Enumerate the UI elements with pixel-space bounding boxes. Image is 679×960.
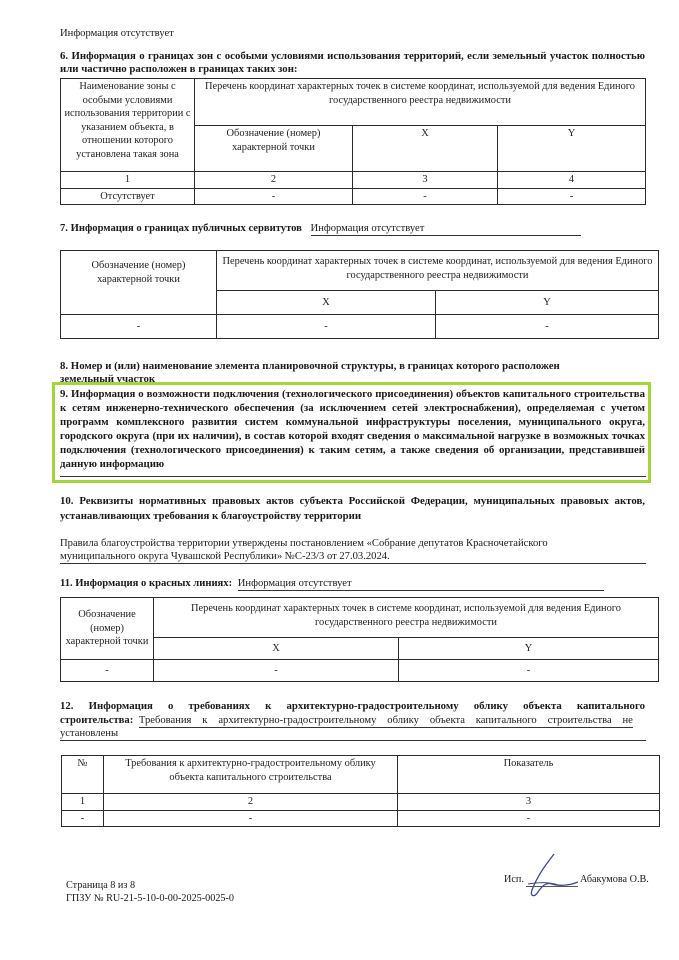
footer-page-number: Страница 8 из 8 [66,880,135,893]
signature-icon [524,852,580,900]
table-row: - - - [61,660,659,682]
s12-num-1: 1 [62,794,104,811]
s11-cell: - [154,660,399,682]
s6-num-4: 4 [498,172,646,189]
s7-subheader-x: X [217,291,436,315]
section-11-title: 11. Информация о красных линиях: [60,578,232,589]
section-10-value-line1: Правила благоустройства территории утвер… [60,537,646,550]
s11-col1-header: Обозначение (номер) характерной точки [61,598,154,660]
signer-prefix: Исп. [504,874,524,887]
s11-subheader-y: Y [399,638,659,660]
s6-subheader-y: Y [498,126,646,172]
section-7-line: 7. Информация о границах публичных серви… [60,222,620,236]
s7-col1-header: Обозначение (номер) характерной точки [61,251,217,315]
s12-num-3: 3 [398,794,660,811]
s12-header-num: № [62,756,104,794]
signer-name: Абакумова О.В. [580,874,649,887]
s7-cell: - [61,315,217,339]
section-7-table: Обозначение (номер) характерной точки Пе… [60,250,659,339]
table-row: - - - [62,810,660,827]
section-6-title: 6. Информация о границах зон с особыми у… [60,50,645,77]
s6-num-3: 3 [353,172,498,189]
section-7-title: 7. Информация о границах публичных серви… [60,223,302,234]
s6-cell: - [498,188,646,205]
section-6-table: Наименование зоны с особыми условиями ис… [60,78,646,205]
footer-doc-number: ГПЗУ № RU-21-5-10-0-00-2025-0025-0 [66,893,234,906]
s11-subheader-x: X [154,638,399,660]
section-11-table: Обозначение (номер) характерной точки Пе… [60,597,659,682]
s11-cell: - [399,660,659,682]
section-11-line: 11. Информация о красных линиях: Информа… [60,577,620,591]
s7-subheader-y: Y [436,291,659,315]
s12-cell: - [398,810,660,827]
section-12-title-bold: строительства: [60,715,133,726]
section-11-value: Информация отсутствует [238,577,604,591]
section-10-title: 10. Реквизиты нормативных правовых актов… [60,494,645,524]
section-7-value: Информация отсутствует [311,222,581,236]
s6-cell: Отсутствует [61,188,195,205]
s12-num-2: 2 [104,794,398,811]
section-12-title-line1: 12. Информация о требованиях к архитекту… [60,700,645,713]
section-9-title: 9. Информация о возможности подключения … [60,387,645,471]
s7-cell: - [217,315,436,339]
s11-group-header: Перечень координат характерных точек в с… [154,598,659,638]
table-row: Отсутствует - - - [61,188,646,205]
s6-num-1: 1 [61,172,195,189]
section-12-value-line2: установлены [60,727,646,741]
s12-cell: - [104,810,398,827]
s11-cell: - [61,660,154,682]
section-10-value-line2: муниципального округа Чувашской Республи… [60,550,646,564]
s6-col1-header: Наименование зоны с особыми условиями ис… [61,79,195,172]
table-row: - - - [61,315,659,339]
s12-cell: - [62,810,104,827]
s6-group-header: Перечень координат характерных точек в с… [195,79,646,126]
s6-num-2: 2 [195,172,353,189]
s6-subheader-point: Обозначение (номер) характерной точки [195,126,353,172]
s6-subheader-x: X [353,126,498,172]
s7-group-header: Перечень координат характерных точек в с… [217,251,659,291]
section-9-underline [60,476,646,477]
s6-cell: - [353,188,498,205]
s12-header-requirements: Требования к архитектурно-градостроитель… [104,756,398,794]
top-note: Информация отсутствует [60,27,174,40]
s12-header-indicator: Показатель [398,756,660,794]
section-12-table: № Требования к архитектурно-градостроите… [61,755,660,827]
s7-cell: - [436,315,659,339]
s6-cell: - [195,188,353,205]
